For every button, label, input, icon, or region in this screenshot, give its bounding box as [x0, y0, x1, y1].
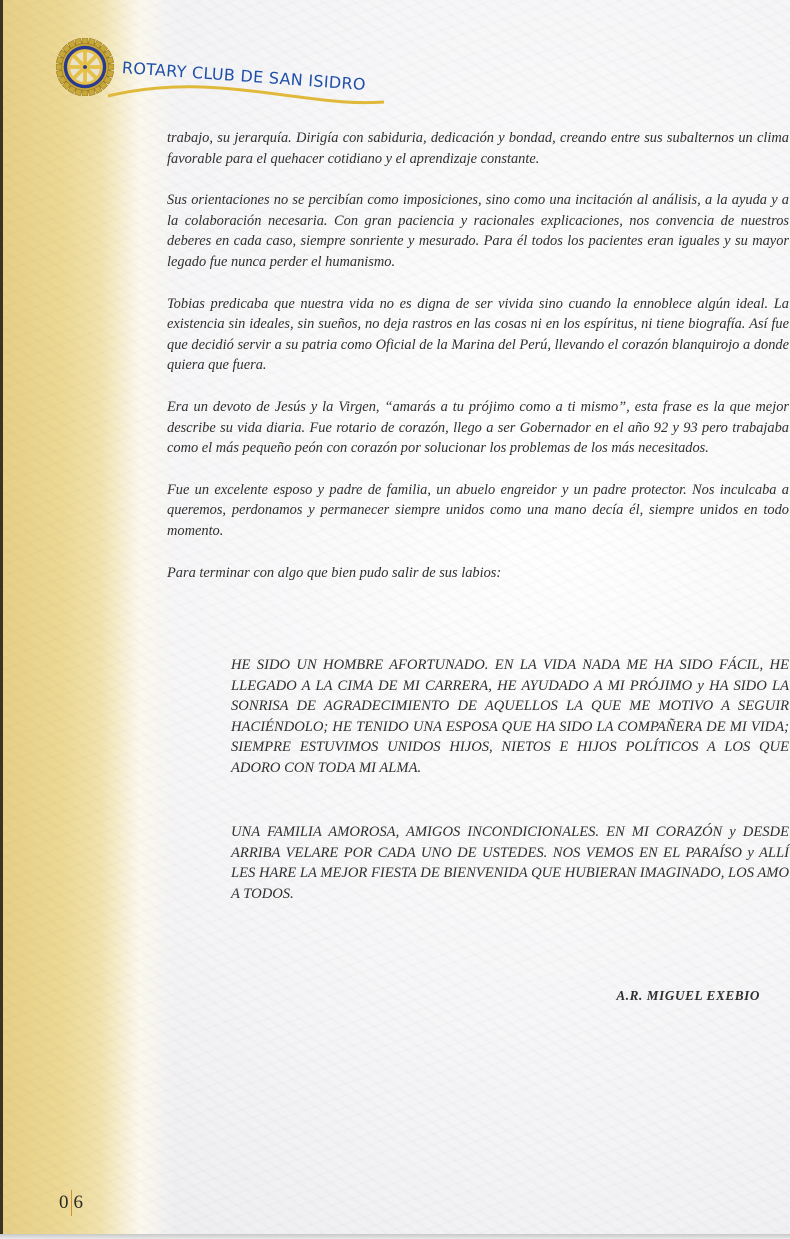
paragraph: Fue un excelente esposo y padre de famil…: [167, 480, 789, 542]
quote-paragraph: UNA FAMILIA AMOROSA, AMIGOS INCONDICIONA…: [231, 822, 789, 904]
paragraph: Era un devoto de Jesús y la Virgen, “ama…: [167, 397, 789, 459]
article-body: trabajo, su jerarquía. Dirigía con sabid…: [167, 128, 789, 604]
page-number-left-digit: 0: [59, 1192, 69, 1214]
club-header: ROTARY CLUB DE SAN ISIDRO: [56, 38, 376, 108]
page-left-edge: [0, 0, 3, 1239]
page-number-right-digit: 6: [74, 1192, 84, 1214]
paragraph: trabajo, su jerarquía. Dirigía con sabid…: [167, 128, 789, 169]
paragraph: Sus orientaciones no se percibían como i…: [167, 190, 789, 272]
closing-quote-block: UNA FAMILIA AMOROSA, AMIGOS INCONDICIONA…: [231, 822, 789, 904]
paragraph: Tobias predicaba que nuestra vida no es …: [167, 294, 789, 376]
page-number: 0 6: [59, 1190, 83, 1216]
paragraph: Para terminar con algo que bien pudo sal…: [167, 563, 789, 584]
quote-paragraph: HE SIDO UN HOMBRE AFORTUNADO. EN LA VIDA…: [231, 655, 789, 779]
page-number-divider: [71, 1190, 72, 1216]
page-bottom-edge: [0, 1234, 790, 1239]
closing-quote-block: HE SIDO UN HOMBRE AFORTUNADO. EN LA VIDA…: [231, 655, 789, 779]
author-signature: A.R. MIGUEL EXEBIO: [616, 988, 760, 1004]
